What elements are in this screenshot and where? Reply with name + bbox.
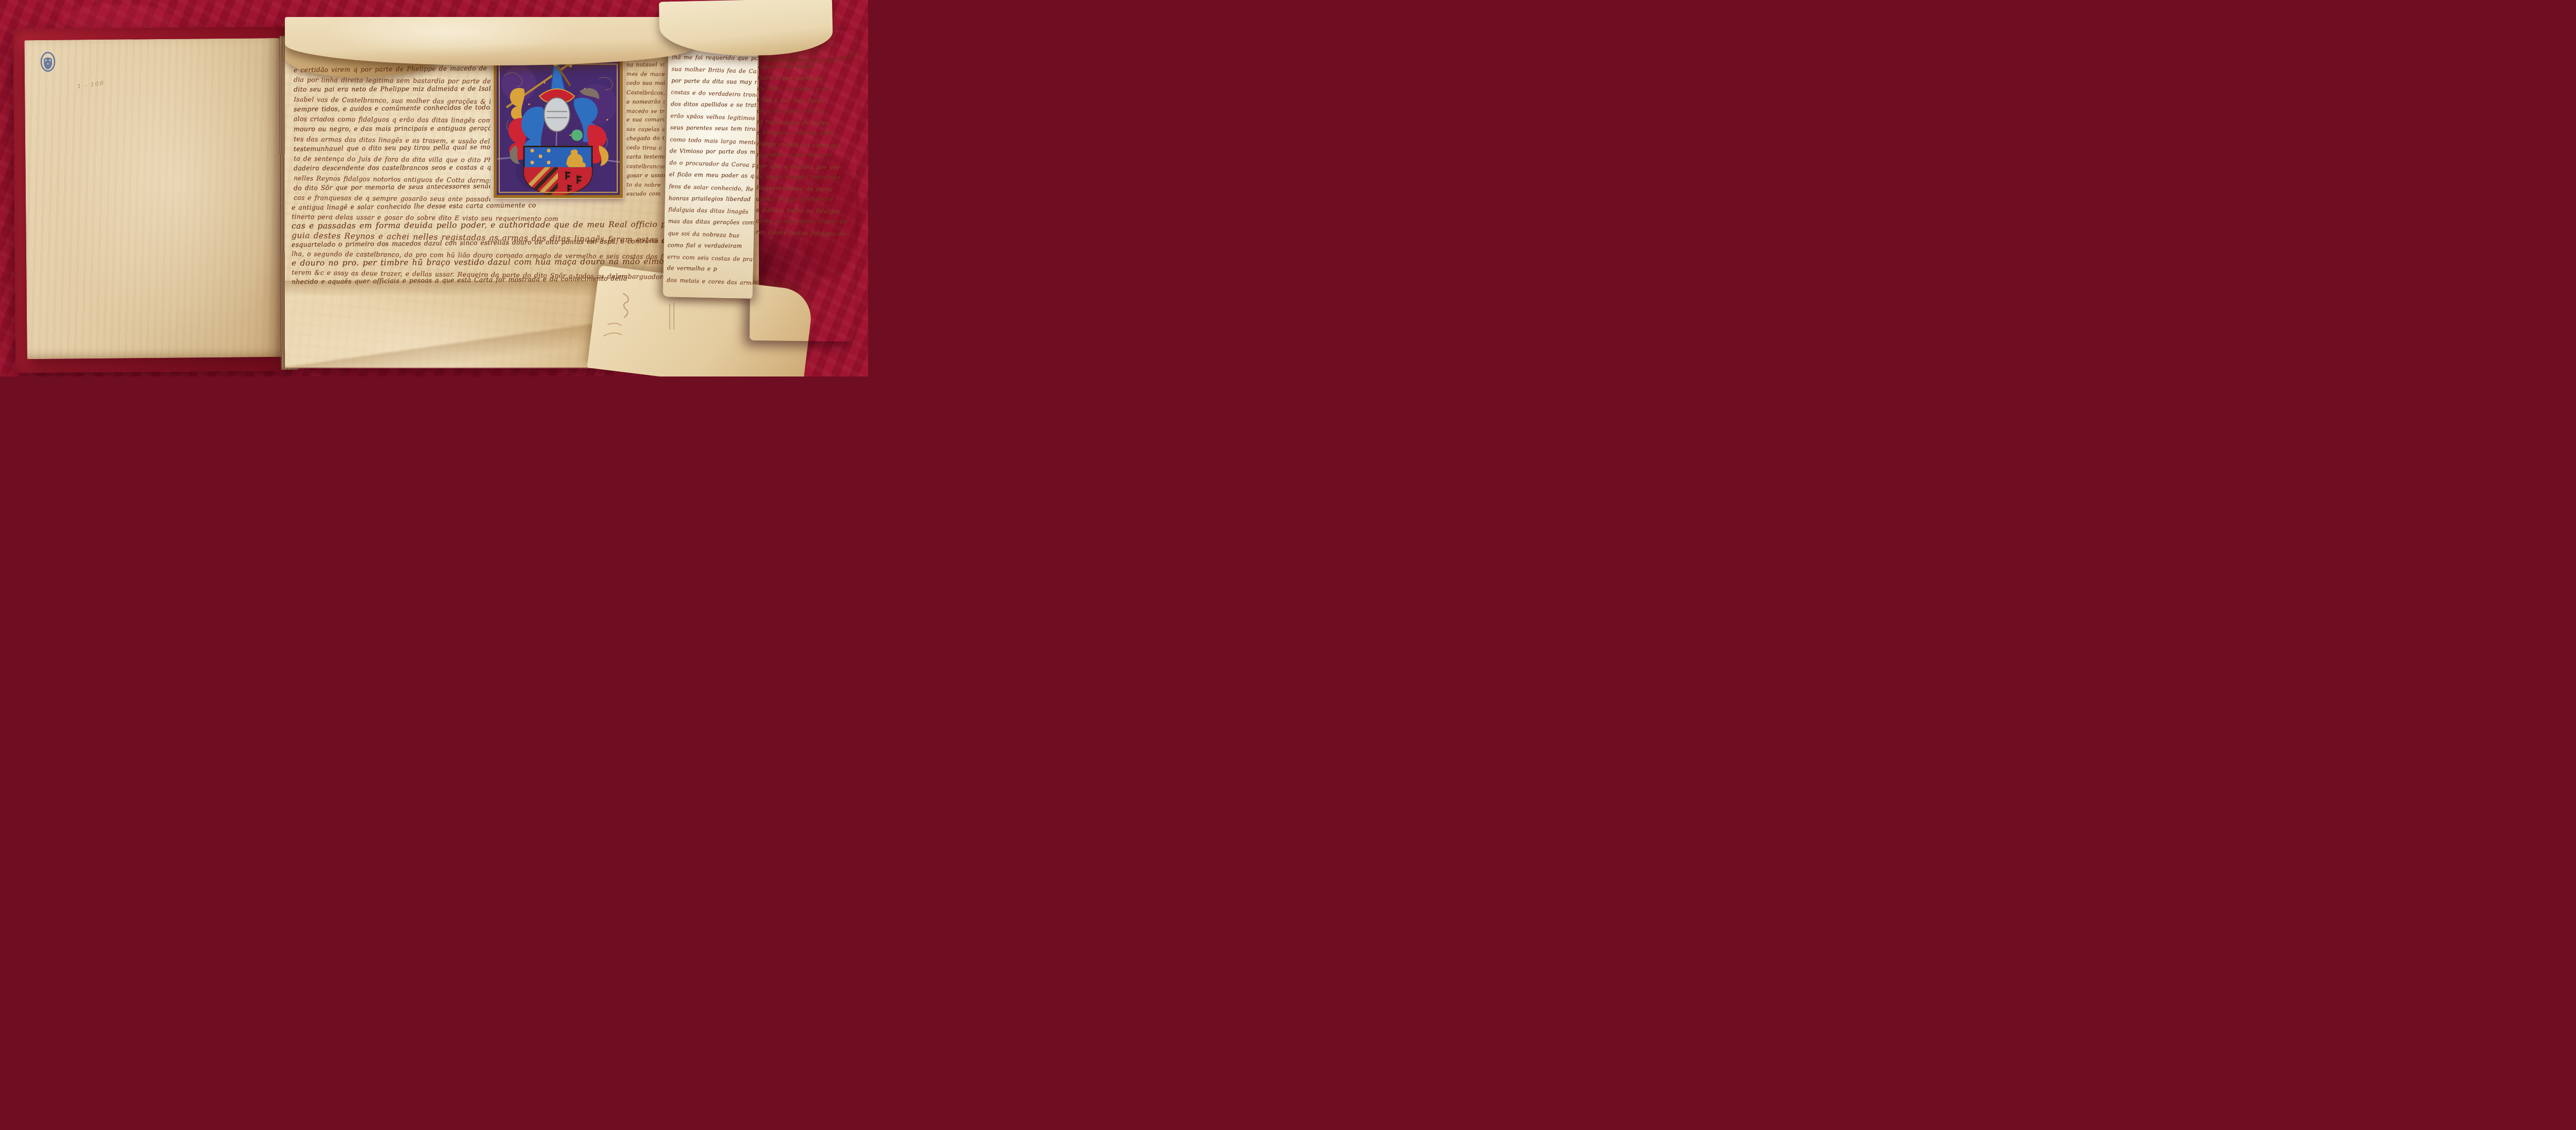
manuscript-line: as quais linagẽs todas são <box>756 172 854 183</box>
manuscript-line: sas capelas e <box>626 125 665 135</box>
manuscript-line: res Iuises Iustas fidalgos de <box>756 227 854 240</box>
manuscript-line: do e seruirão com ca <box>757 106 855 116</box>
manuscript-line: de vermelho e p <box>667 263 752 276</box>
manuscript-line: Castelbrãcos, <box>626 89 665 98</box>
manuscript-line: de Antº. da costa e de <box>757 83 855 95</box>
coat-of-arms-illumination <box>493 58 623 199</box>
manuscript-line: castelbrancos <box>626 162 665 172</box>
manuscript-line: dadeiro descendente dos castelbrancos se… <box>294 162 490 173</box>
manuscript-line: to da nobre <box>626 181 665 190</box>
manuscript-line: dos metais e cores das armas <box>667 275 753 289</box>
manuscript-line: e nomearão s <box>626 97 665 107</box>
green-roundel <box>571 130 583 141</box>
top-folded-parchment-flap <box>285 17 692 65</box>
manuscript-line: e sua comarca <box>626 116 665 125</box>
manuscript-line: honras priuilegios liberdad <box>669 193 754 206</box>
photograph-of-illuminated-manuscript: 1 - 108 e certidão virem q por parte de … <box>0 0 868 376</box>
manuscript-line: gosar e ussar <box>626 171 665 181</box>
far-right-parchment-flap: quanto elle desçẽriaco e per parte dode … <box>750 29 858 341</box>
manuscript-line: mes de macedo <box>626 70 665 79</box>
manuscript-line: escudo com <box>626 190 665 199</box>
manuscript-line: por parte da dita sua may neto de A <box>671 75 757 89</box>
manuscript-line: de Vimioso por parte dos mac <box>670 146 755 159</box>
helm <box>544 98 570 132</box>
manuscript-line: mouro ou negro, e das mais principais e … <box>294 123 490 134</box>
right-narrow-text-column: na notauel vimes de macedocedo sua molCa… <box>626 61 665 200</box>
manuscript-line: dades graças preheminẽ <box>756 194 854 204</box>
manuscript-line: dos ditos apellidos e se tratarão e <box>671 99 756 112</box>
manuscript-line: el ficão em meu poder as qu <box>669 169 755 182</box>
manuscript-line: como as elle deuia trazer de <box>756 215 854 227</box>
manuscript-line: macedo se tra <box>626 107 665 116</box>
main-text-block: e certidão virem q por parte de Phelippe… <box>294 65 490 203</box>
archive-stamp-icon <box>40 52 56 72</box>
manuscript-line: macedos, e por hua car <box>757 150 855 161</box>
manuscript-line: como fiel e verdadeiram <box>668 239 753 252</box>
manuscript-line: chegado do C <box>626 134 665 144</box>
manuscript-line: cedo tirou c <box>626 144 665 153</box>
manuscript-line: e certidão virem q por parte de Phelippe… <box>294 65 490 75</box>
manuscript-line: seus parentes seus tem tirados br <box>670 122 756 135</box>
faint-ink-scribbles <box>592 288 706 355</box>
manuscript-line: quanto elle desçẽ <box>757 61 855 72</box>
manuscript-line: carta testemu <box>626 152 665 162</box>
far-flap-text-column: quanto elle desçẽriaco e per parte dode … <box>755 61 856 335</box>
blank-left-parchment-page <box>24 38 283 359</box>
manuscript-line: do dito Sõr que por memoria de seus ante… <box>294 181 490 193</box>
manuscript-line: testemunhauel que o dito seu pay tirou p… <box>294 142 490 153</box>
overlay-parchment-flap: lhã me foi requerido que porquasua molhe… <box>663 43 758 299</box>
manuscript-line: na notauel vi <box>626 61 665 70</box>
manuscript-line: sempre tidos, e auidos e comũmente conhe… <box>294 102 490 114</box>
manuscript-line: cas e franquesas de q sempre gosarão seu… <box>294 193 490 203</box>
manuscript-line: s brasões, e cartas patẽ <box>757 127 855 139</box>
manuscript-line: cedo sua mol <box>626 79 665 88</box>
overlay-flap-text-column: lhã me foi requerido que porquasua molhe… <box>667 52 757 293</box>
manuscript-line: dito seu pai era neto de Phelippe miz da… <box>294 83 490 94</box>
manuscript-line: mas das ditas gerações com <box>668 216 754 229</box>
